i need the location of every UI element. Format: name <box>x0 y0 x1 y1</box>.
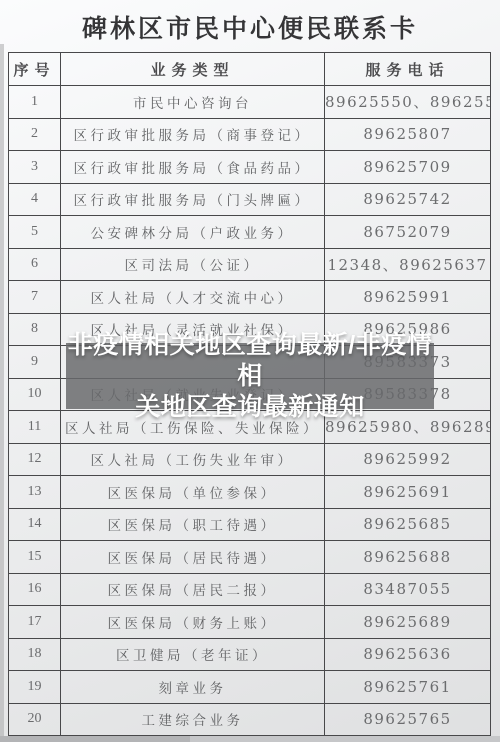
table-row: 1市民中心咨询台89625550、89625552 <box>9 86 491 119</box>
phone-cell: 89625689 <box>325 606 491 639</box>
row-number-cell: 6 <box>9 248 61 281</box>
row-number-cell: 18 <box>9 638 61 671</box>
table-row: 5公安碑林分局（户政业务）86752079 <box>9 216 491 249</box>
row-number-cell: 19 <box>9 671 61 704</box>
row-number-cell: 15 <box>9 541 61 574</box>
column-header-service-phone: 服务电话 <box>325 53 491 86</box>
row-number-cell: 14 <box>9 508 61 541</box>
row-number-cell: 20 <box>9 703 61 736</box>
row-number-cell: 5 <box>9 216 61 249</box>
row-number-cell: 12 <box>9 443 61 476</box>
phone-cell: 89625991 <box>325 281 491 314</box>
row-number-cell: 1 <box>9 86 61 119</box>
row-number-cell: 16 <box>9 573 61 606</box>
phone-cell: 89625807 <box>325 118 491 151</box>
row-number-cell: 11 <box>9 411 61 444</box>
phone-cell: 12348、89625637 <box>325 248 491 281</box>
phone-cell: 83487055 <box>325 573 491 606</box>
business-type-cell: 区人社局（工伤失业年审） <box>61 443 325 476</box>
table-header-row: 序号 业务类型 服务电话 <box>9 53 491 86</box>
business-type-cell: 公安碑林分局（户政业务） <box>61 216 325 249</box>
bottom-left-shadow <box>0 736 190 742</box>
phone-cell: 89625685 <box>325 508 491 541</box>
phone-cell: 89625709 <box>325 151 491 184</box>
table-row: 4区行政审批服务局（门头牌匾）89625742 <box>9 183 491 216</box>
table-row: 18区卫健局（老年证）89625636 <box>9 638 491 671</box>
phone-cell: 89625550、89625552 <box>325 86 491 119</box>
citizen-center-contact-card: 碑林区市民中心便民联系卡 序号 业务类型 服务电话 1市民中心咨询台896255… <box>0 0 500 742</box>
phone-cell: 89625691 <box>325 476 491 509</box>
business-type-cell: 工建综合业务 <box>61 703 325 736</box>
left-edge-shadow <box>0 44 4 742</box>
business-type-cell: 区司法局（公证） <box>61 248 325 281</box>
business-type-cell: 区行政审批服务局（门头牌匾） <box>61 183 325 216</box>
row-number-cell: 3 <box>9 151 61 184</box>
business-type-cell: 刻章业务 <box>61 671 325 704</box>
page-title: 碑林区市民中心便民联系卡 <box>0 0 500 49</box>
business-type-cell: 区医保局（单位参保） <box>61 476 325 509</box>
business-type-cell: 区人社局（人才交流中心） <box>61 281 325 314</box>
row-number-cell: 10 <box>9 378 61 411</box>
table-row: 12区人社局（工伤失业年审）89625992 <box>9 443 491 476</box>
phone-cell: 89625636 <box>325 638 491 671</box>
row-number-cell: 8 <box>9 313 61 346</box>
business-type-cell: 区医保局（财务上账） <box>61 606 325 639</box>
phone-cell: 89625761 <box>325 671 491 704</box>
phone-cell: 89625688 <box>325 541 491 574</box>
table-row: 14区医保局（职工待遇）89625685 <box>9 508 491 541</box>
row-number-cell: 17 <box>9 606 61 639</box>
table-row: 6区司法局（公证）12348、89625637 <box>9 248 491 281</box>
business-type-cell: 区行政审批服务局（食品药品） <box>61 151 325 184</box>
row-number-cell: 4 <box>9 183 61 216</box>
table-row: 16区医保局（居民二报）83487055 <box>9 573 491 606</box>
table-row: 7区人社局（人才交流中心）89625991 <box>9 281 491 314</box>
row-number-cell: 2 <box>9 118 61 151</box>
business-type-cell: 区医保局（居民待遇） <box>61 541 325 574</box>
headline-overlay-banner[interactable]: 非疫情相关地区查询最新/非疫情相 关地区查询最新通知 <box>66 343 434 409</box>
phone-cell: 89625992 <box>325 443 491 476</box>
business-type-cell: 市民中心咨询台 <box>61 86 325 119</box>
business-type-cell: 区医保局（居民二报） <box>61 573 325 606</box>
phone-cell: 86752079 <box>325 216 491 249</box>
column-header-business-type: 业务类型 <box>61 53 325 86</box>
table-row: 15区医保局（居民待遇）89625688 <box>9 541 491 574</box>
table-row: 13区医保局（单位参保）89625691 <box>9 476 491 509</box>
table-row: 19刻章业务89625761 <box>9 671 491 704</box>
phone-cell: 89625765 <box>325 703 491 736</box>
column-header-number: 序号 <box>9 53 61 86</box>
table-row: 2区行政审批服务局（商事登记）89625807 <box>9 118 491 151</box>
phone-cell: 89625742 <box>325 183 491 216</box>
row-number-cell: 9 <box>9 346 61 379</box>
business-type-cell: 区行政审批服务局（商事登记） <box>61 118 325 151</box>
table-row: 20工建综合业务89625765 <box>9 703 491 736</box>
row-number-cell: 7 <box>9 281 61 314</box>
business-type-cell: 区卫健局（老年证） <box>61 638 325 671</box>
table-row: 3区行政审批服务局（食品药品）89625709 <box>9 151 491 184</box>
headline-line1: 非疫情相关地区查询最新/非疫情相 <box>66 330 434 392</box>
row-number-cell: 13 <box>9 476 61 509</box>
headline-line2: 关地区查询最新通知 <box>135 392 365 423</box>
business-type-cell: 区医保局（职工待遇） <box>61 508 325 541</box>
table-row: 17区医保局（财务上账）89625689 <box>9 606 491 639</box>
